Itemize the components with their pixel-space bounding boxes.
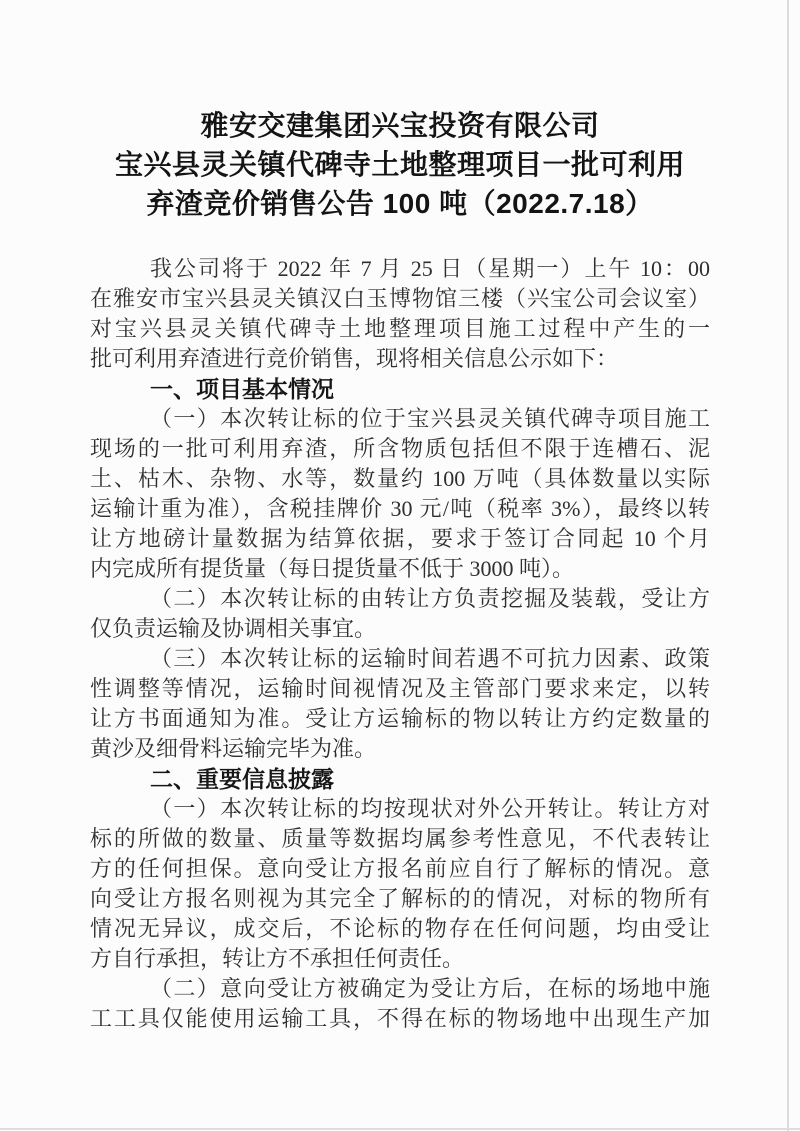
- title-line: 雅安交建集团兴宝投资有限公司: [90, 106, 710, 145]
- paragraph-line: 土、枯木、杂物、水等，数量约 100 万吨（具体数量以实际: [90, 464, 710, 494]
- scan-edge-vertical-line: [787, 0, 789, 1131]
- section-heading: 一、项目基本情况: [90, 374, 710, 404]
- paragraph-line: 我公司将于 2022 年 7 月 25 日（星期一）上午 10：00: [90, 254, 710, 284]
- scan-edge-bottom-line: [0, 1128, 800, 1130]
- paragraph-line: 批可利用弃渣进行竞价销售，现将相关信息公示如下：: [90, 344, 710, 374]
- paragraph-line: 仅负责运输及协调相关事宜。: [90, 614, 710, 644]
- paragraph-line: （一）本次转让标的位于宝兴县灵关镇代碑寺项目施工: [90, 404, 710, 434]
- paragraph-line: 在雅安市宝兴县灵关镇汉白玉博物馆三楼（兴宝公司会议室）: [90, 284, 710, 314]
- paragraph-line: 标的所做的数量、质量等数据均属参考性意见，不代表转让: [90, 824, 710, 854]
- scanned-document-page: 雅安交建集团兴宝投资有限公司宝兴县灵关镇代碑寺土地整理项目一批可利用弃渣竞价销售…: [0, 0, 800, 1131]
- title-line: 弃渣竞价销售公告 100 吨（2022.7.18）: [90, 184, 710, 223]
- paragraph-line: 现场的一批可利用弃渣，所含物质包括但不限于连槽石、泥: [90, 434, 710, 464]
- paragraph-line: 运输计重为准），含税挂牌价 30 元/吨（税率 3%），最终以转: [90, 494, 710, 524]
- paragraph-line: 性调整等情况，运输时间视情况及主管部门要求来定，以转: [90, 674, 710, 704]
- paragraph-line: （三）本次转让标的运输时间若遇不可抗力因素、政策: [90, 644, 710, 674]
- paragraph-line: 让方地磅计量数据为结算依据，要求于签订合同起 10 个月: [90, 524, 710, 554]
- paragraph-line: 工工具仅能使用运输工具，不得在标的物场地中出现生产加: [90, 1004, 710, 1034]
- paragraph-line: 让方书面通知为准。受让方运输标的物以转让方约定数量的: [90, 704, 710, 734]
- paragraph-line: （二）意向受让方被确定为受让方后，在标的场地中施: [90, 974, 710, 1004]
- paragraph-line: （二）本次转让标的由转让方负责挖掘及装载，受让方: [90, 584, 710, 614]
- paragraph-line: 方自行承担，转让方不承担任何责任。: [90, 944, 710, 974]
- paragraph-line: 向受让方报名则视为其完全了解标的的情况，对标的物所有: [90, 884, 710, 914]
- paragraph-line: 对宝兴县灵关镇代碑寺土地整理项目施工过程中产生的一: [90, 314, 710, 344]
- paragraph-line: 黄沙及细骨料运输完毕为准。: [90, 734, 710, 764]
- paragraph-line: 情况无异议，成交后，不论标的物存在任何问题，均由受让: [90, 914, 710, 944]
- document-title: 雅安交建集团兴宝投资有限公司宝兴县灵关镇代碑寺土地整理项目一批可利用弃渣竞价销售…: [90, 0, 710, 223]
- paragraph-line: 方的任何担保。意向受让方报名前应自行了解标的情况。意: [90, 854, 710, 884]
- title-line: 宝兴县灵关镇代碑寺土地整理项目一批可利用: [90, 145, 710, 184]
- paragraph-line: （一）本次转让标的均按现状对外公开转让。转让方对: [90, 794, 710, 824]
- document-body: 我公司将于 2022 年 7 月 25 日（星期一）上午 10：00在雅安市宝兴…: [90, 223, 710, 1034]
- document-content: 雅安交建集团兴宝投资有限公司宝兴县灵关镇代碑寺土地整理项目一批可利用弃渣竞价销售…: [90, 0, 710, 1034]
- section-heading: 二、重要信息披露: [90, 764, 710, 794]
- paragraph-line: 内完成所有提货量（每日提货量不低于 3000 吨）。: [90, 554, 710, 584]
